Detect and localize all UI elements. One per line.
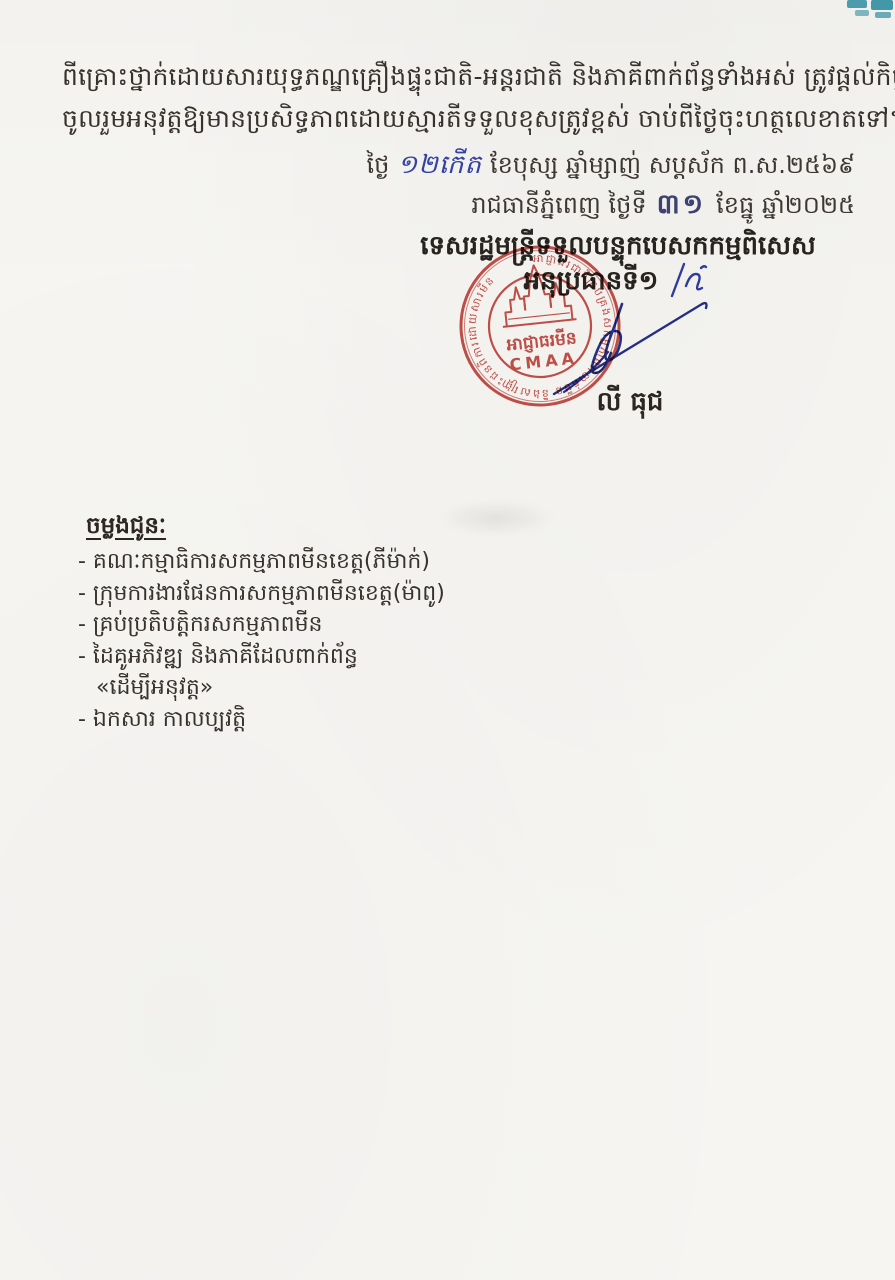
cc-list-item: - ឯកសារ កាលប្បវត្តិ <box>78 704 445 736</box>
scanned-letter-page: ពីគ្រោះថ្នាក់ដោយសារយុទ្ធភណ្ឌគ្រឿងផ្ទុះជា… <box>0 0 895 1280</box>
signatory-name: លី ធុជ <box>550 385 710 423</box>
paragraph-line: ចូលរួមអនុវត្តឱ្យមានប្រសិទ្ធភាពដោយស្មារតី… <box>62 104 895 140</box>
corner-scan-artifact <box>841 0 895 20</box>
cc-list-item: - ក្រុមការងារផែនការសកម្មភាពមីនខេត្ត(ម៉ាព… <box>78 578 445 610</box>
lunar-date-line: ថ្ងៃ១២កើតខែបុស្ស ឆ្នាំម្សាញ់ សប្តស័ក ព.ស… <box>367 148 855 186</box>
gregorian-date-prefix: រាជធានីភ្នំពេញ ថ្ងៃទី <box>471 191 646 219</box>
cc-list-item: - គ្រប់ប្រតិបត្តិករសកម្មភាពមីន <box>78 609 445 641</box>
cc-list-header: ចម្លងជូនៈ <box>86 512 166 545</box>
paragraph-line: ពីគ្រោះថ្នាក់ដោយសារយុទ្ធភណ្ឌគ្រឿងផ្ទុះជា… <box>62 62 895 98</box>
gregorian-date-rest: ខែធ្នូ ឆ្នាំ២០២៥ <box>716 191 855 219</box>
cc-list-item: «ដើម្បីអនុវត្ត» <box>78 672 445 704</box>
handwritten-lunar-day: ១២កើត <box>397 150 482 180</box>
gregorian-date-line: រាជធានីភ្នំពេញ ថ្ងៃទី៣១ខែធ្នូ ឆ្នាំ២០២៥ <box>471 188 855 227</box>
cc-list: - គណៈកម្មាធិការសកម្មភាពមីនខេត្ត(ភីម៉ាក់)… <box>78 546 445 735</box>
scan-smudge <box>438 500 554 536</box>
handwritten-day-number: ៣១ <box>657 189 707 220</box>
lunar-date-prefix: ថ្ងៃ <box>367 151 390 179</box>
lunar-date-rest: ខែបុស្ស ឆ្នាំម្សាញ់ សប្តស័ក ព.ស.២៥៦៩ <box>490 151 855 179</box>
cc-list-item: - ដៃគូអភិវឌ្ឍ និងភាគីដែលពាក់ព័ន្ធ <box>78 641 445 673</box>
cc-list-item: - គណៈកម្មាធិការសកម្មភាពមីនខេត្ត(ភីម៉ាក់) <box>78 546 445 578</box>
signature-long-stroke <box>554 303 707 394</box>
